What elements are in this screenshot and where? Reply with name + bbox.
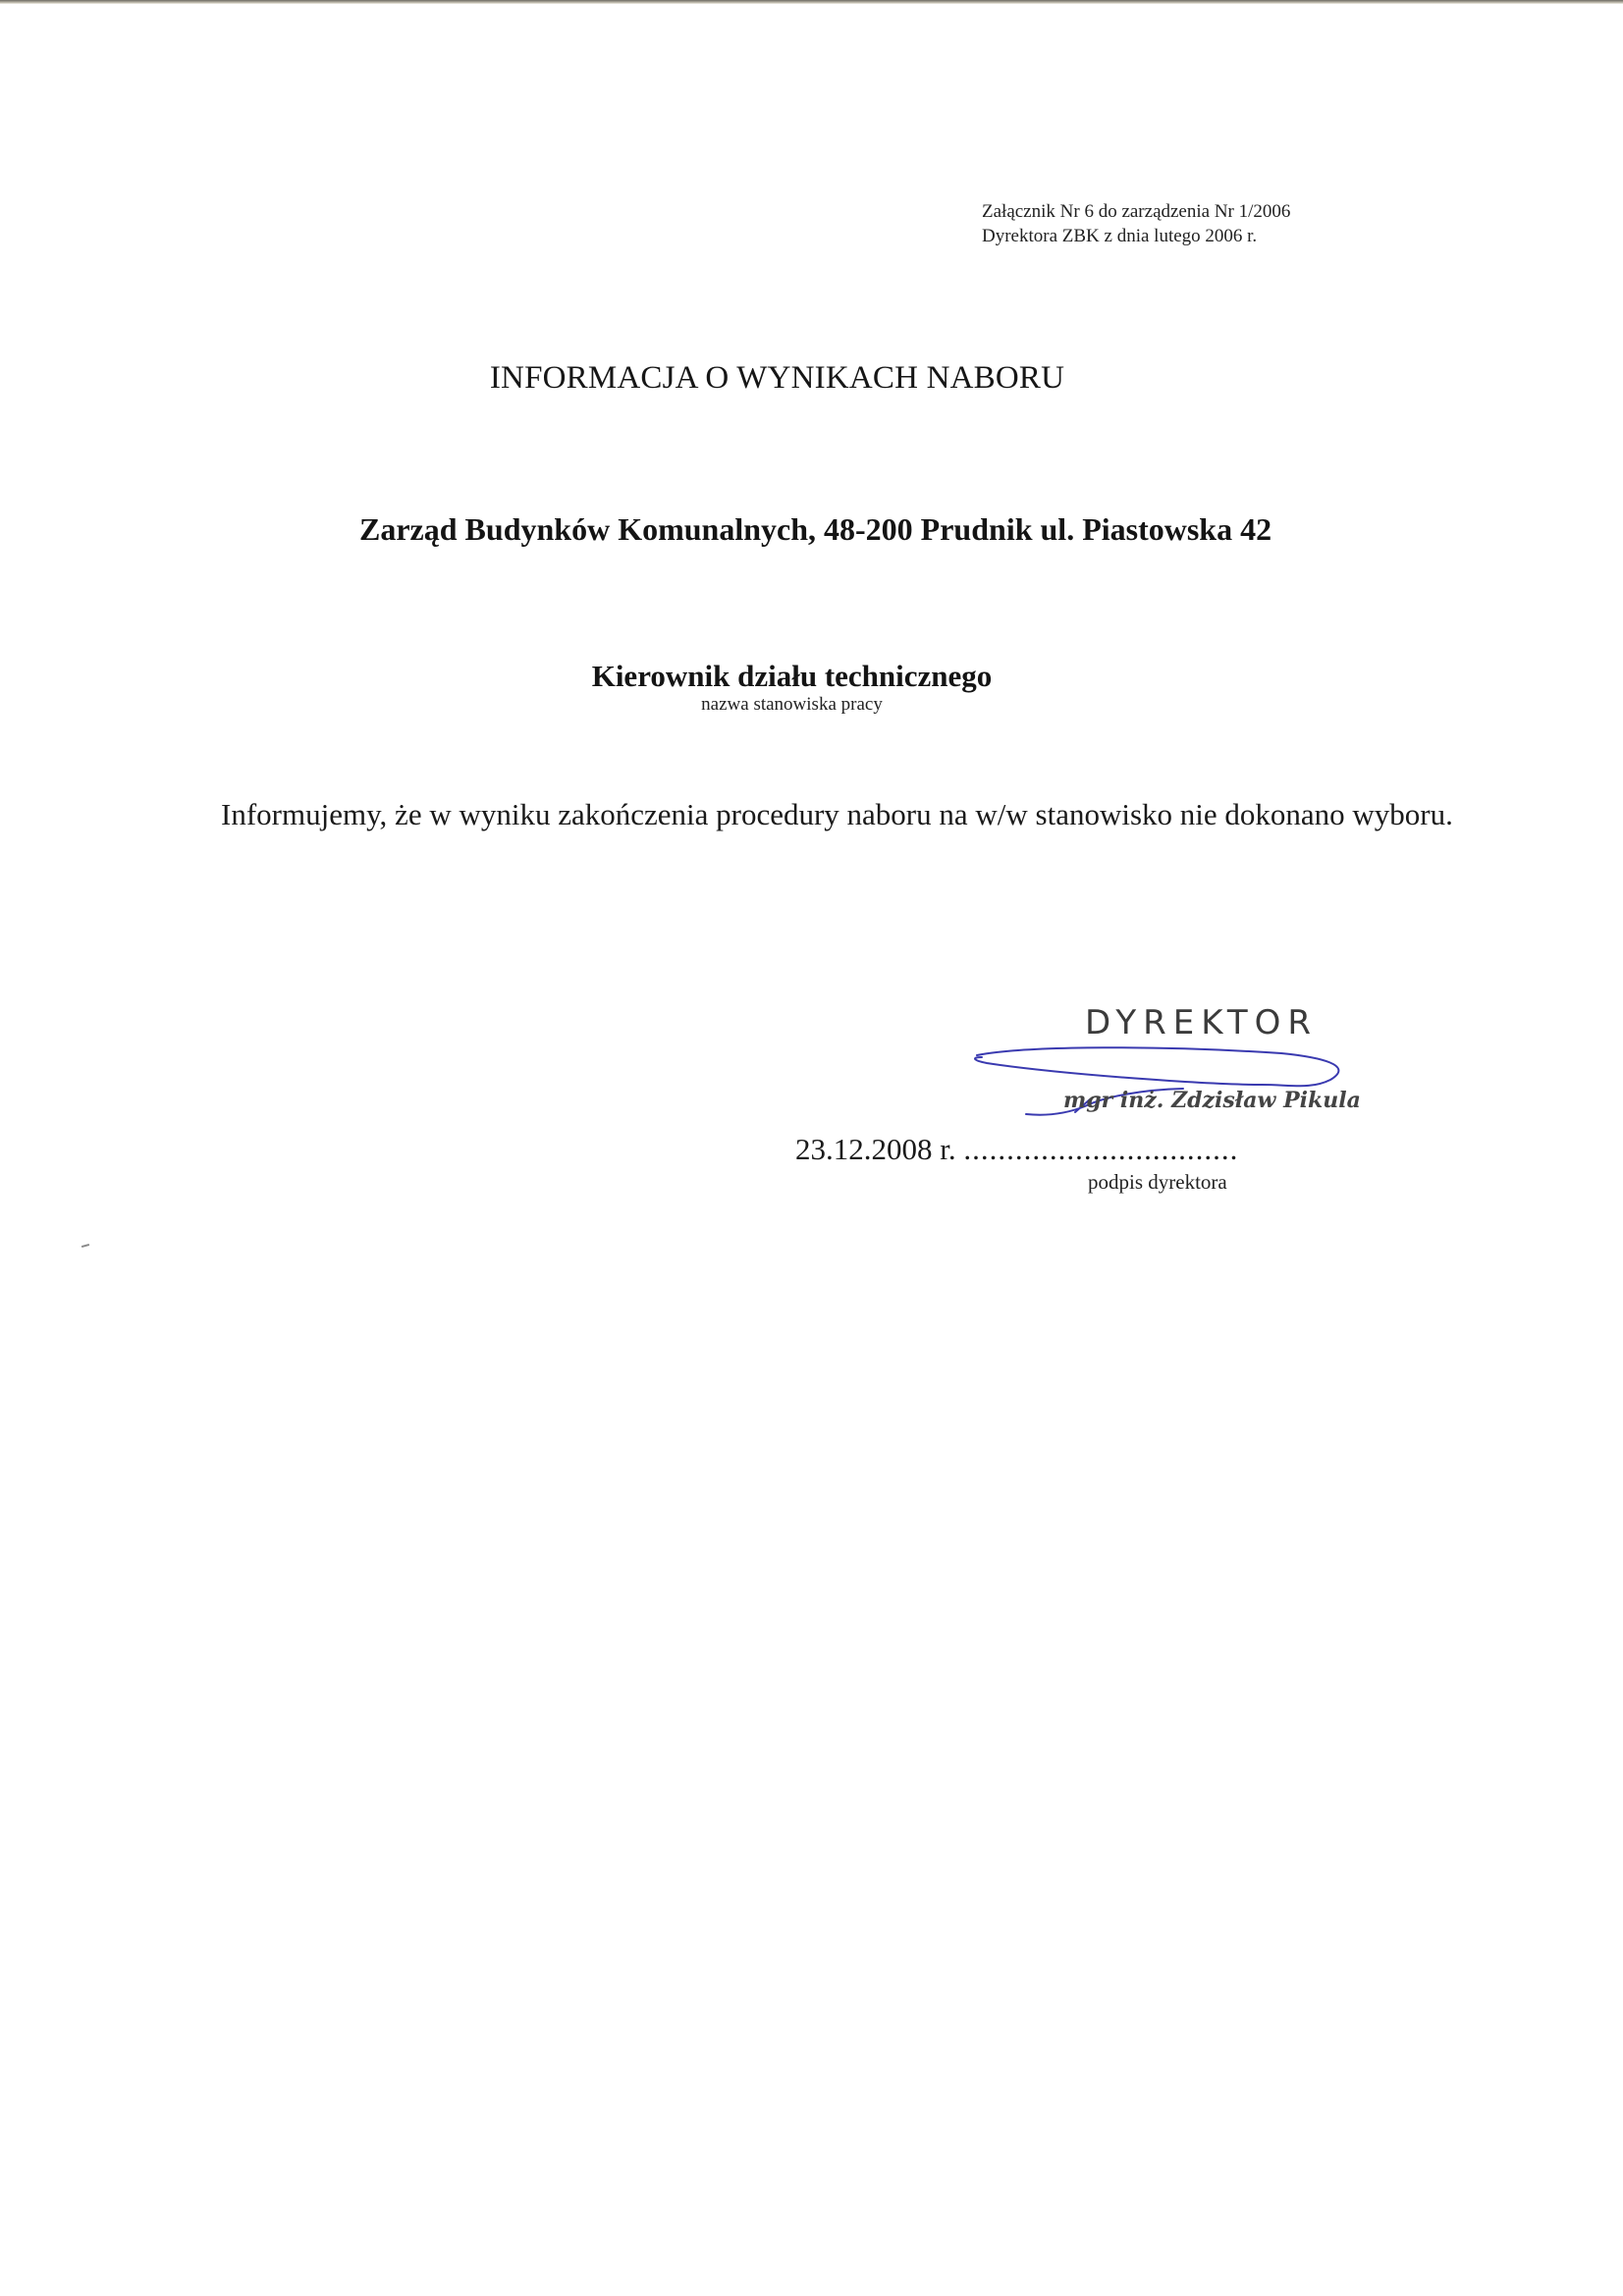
scan-speck [81,1244,89,1248]
scan-edge [0,0,1623,4]
position-block: Kierownik działu technicznego nazwa stan… [0,659,1623,716]
employer-address: Zarząd Budynków Komunalnych, 48-200 Prud… [359,511,1271,548]
position-name: Kierownik działu technicznego [0,659,1584,694]
body-paragraph: Informujemy, że w wyniku zakończenia pro… [221,793,1458,836]
signature-dots: ................................ [963,1132,1238,1166]
date-line: 23.12.2008 r. ..........................… [795,1132,1238,1167]
stamp-title: DYREKTOR [1085,1003,1318,1042]
document-title: INFORMACJA O WYNIKACH NABORU [0,360,1623,397]
stamp-name: mgr inż. Zdzisław Pikula [1063,1088,1361,1113]
annex-line-1: Załącznik Nr 6 do zarządzenia Nr 1/2006 [982,199,1290,224]
position-caption: nazwa stanowiska pracy [0,694,1584,716]
annex-line-2: Dyrektora ZBK z dnia lutego 2006 r. [982,224,1290,248]
annex-reference: Załącznik Nr 6 do zarządzenia Nr 1/2006 … [982,199,1290,248]
document-date: 23.12.2008 r. [795,1132,956,1166]
signature-caption: podpis dyrektora [1088,1170,1227,1195]
